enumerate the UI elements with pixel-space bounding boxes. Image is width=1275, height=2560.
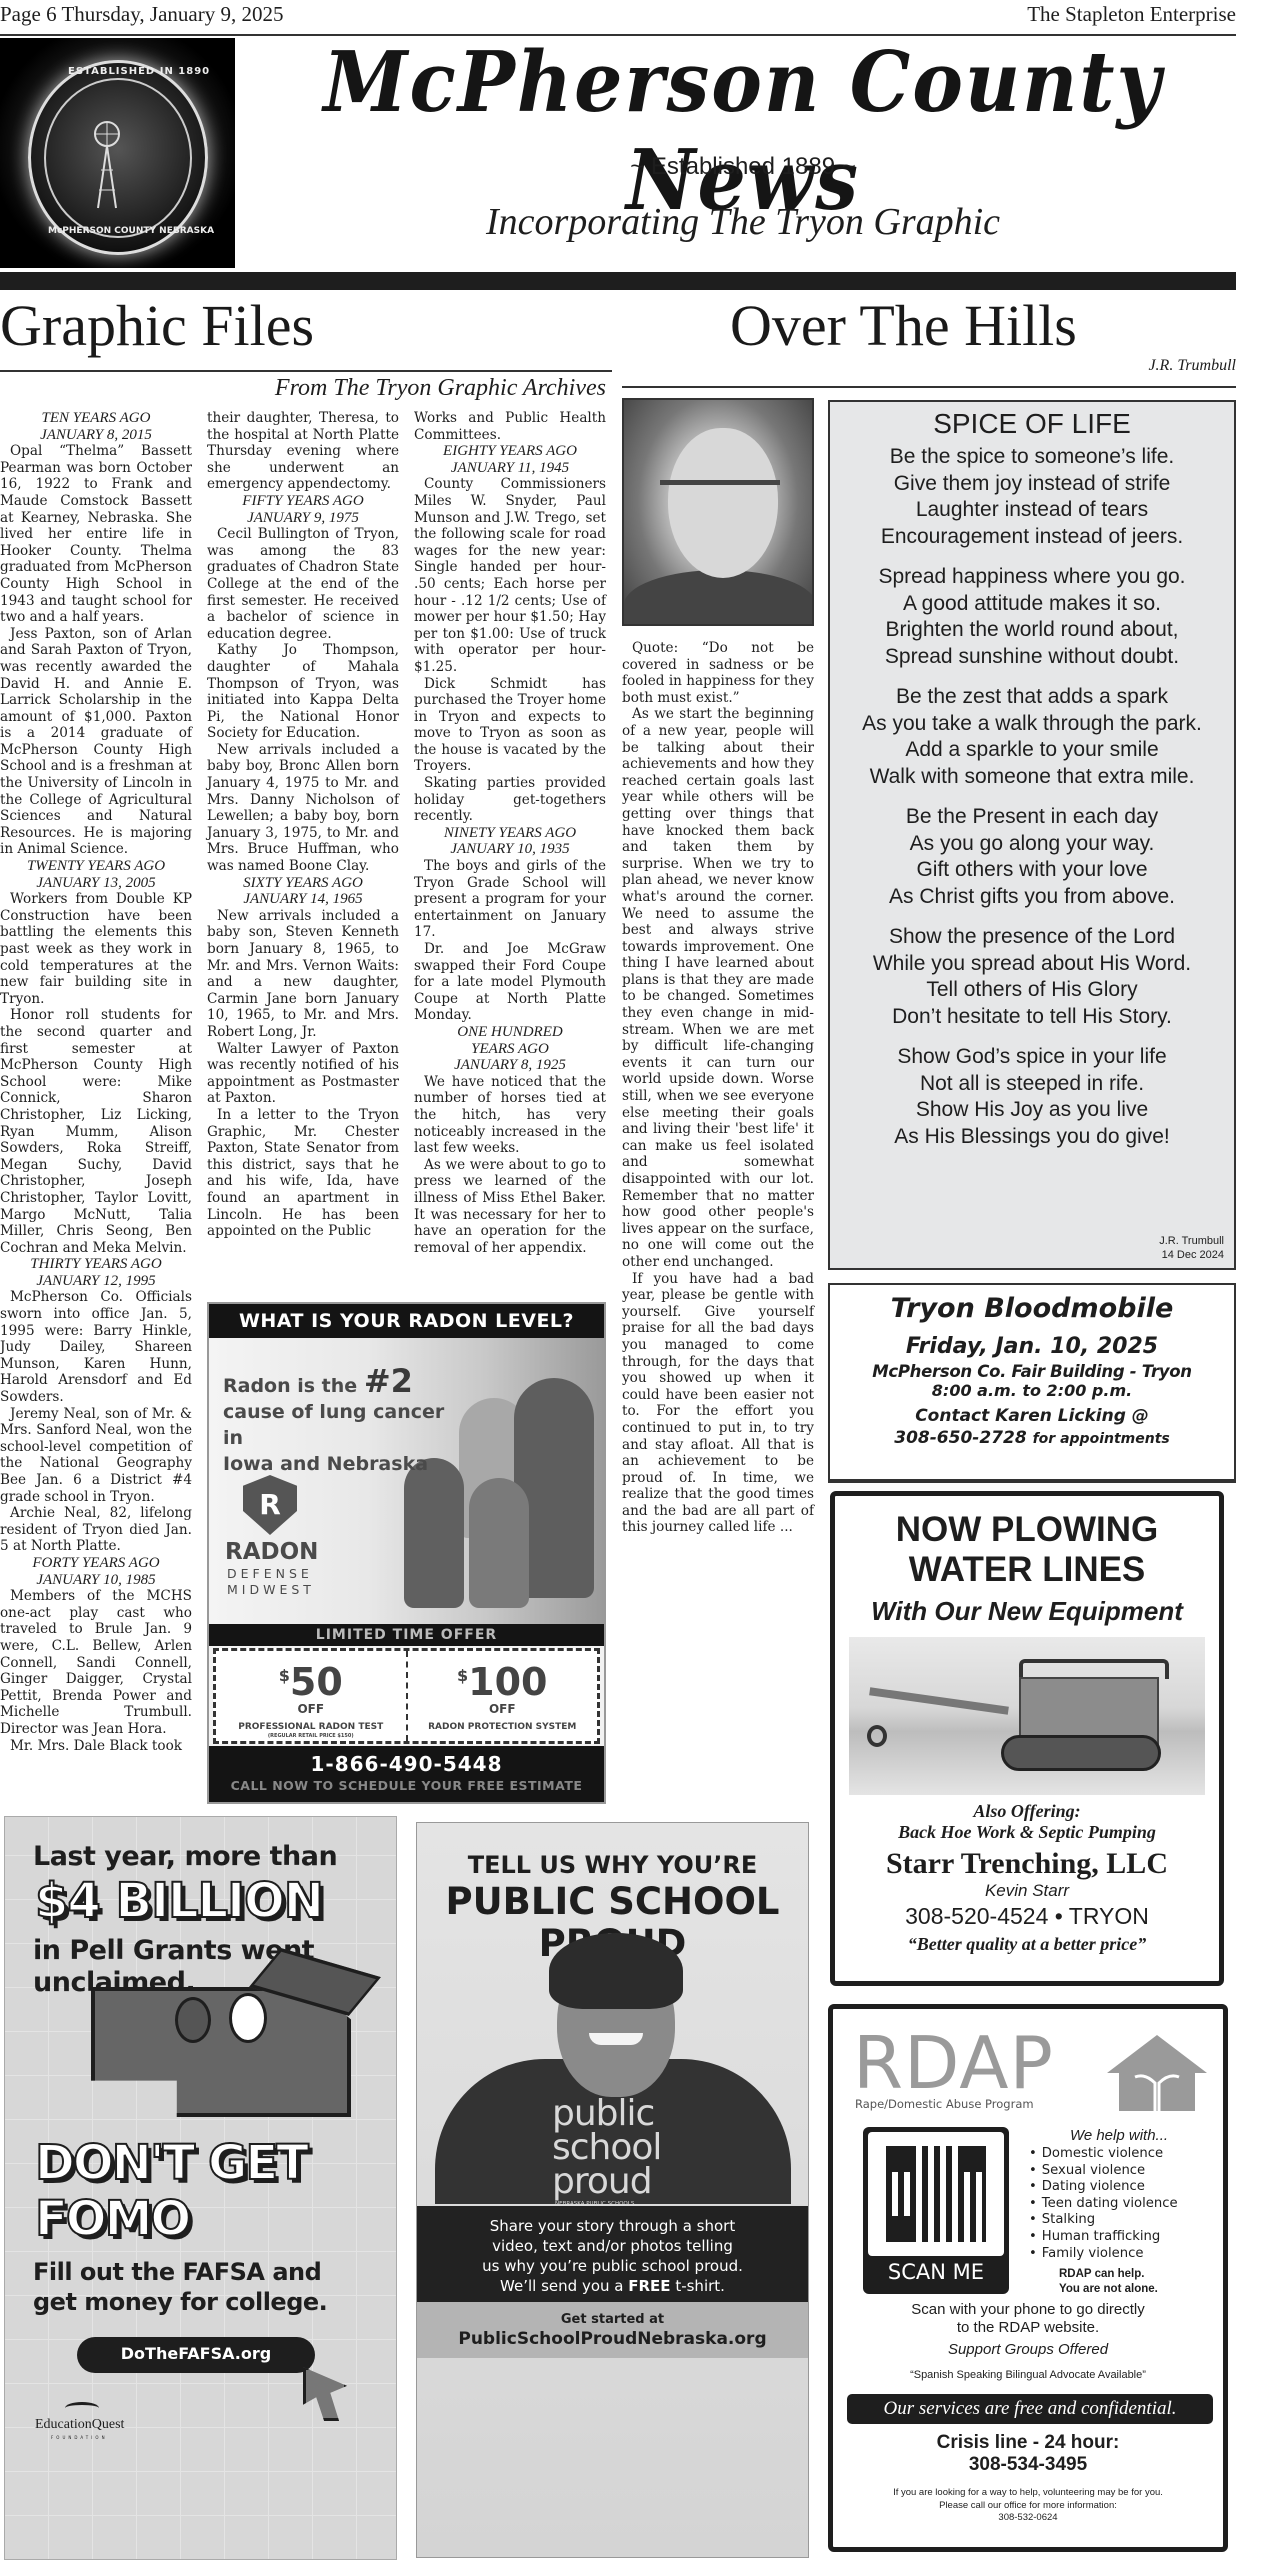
poem-line: Tell others of His Glory (830, 977, 1234, 1004)
poem-stanza: Spread happiness where you go.A good att… (830, 564, 1234, 670)
coupon-radon-test[interactable]: $50 OFF PROFESSIONAL RADON TEST (REGULAR… (216, 1651, 408, 1741)
over-the-hills-rule (622, 386, 1236, 388)
archive-paragraph: Walter Lawyer of Paxton was recently not… (207, 1041, 399, 1107)
rdap-spanish: “Spanish Speaking Bilingual Advocate Ava… (833, 2369, 1223, 2381)
bloodmobile-notice: Tryon Bloodmobile Friday, Jan. 10, 2025 … (828, 1283, 1236, 1481)
poem-stanza: Show God’s spice in your lifeNot all is … (830, 1044, 1234, 1150)
archive-heading: TWENTY YEARS AGO (0, 858, 192, 875)
county-seal-logo: ESTABLISHED IN 1890 McPHERSON COUNTY NEB… (0, 38, 235, 268)
archive-heading: FORTY YEARS AGO (0, 1555, 192, 1572)
poem-stanza: Be the zest that adds a sparkAs you take… (830, 684, 1234, 790)
help-item: Stalking (1029, 2212, 1229, 2229)
eye-icon (175, 1997, 211, 2043)
radon-phone[interactable]: 1-866-490-5448 (209, 1752, 604, 1776)
rdap-scan-instructions: Scan with your phone to go directly to t… (833, 2301, 1223, 2337)
radon-cta: CALL NOW TO SCHEDULE YOUR FREE ESTIMATE (209, 1778, 604, 1793)
poem-stanza: Show the presence of the LordWhile you s… (830, 924, 1234, 1030)
archive-heading: FIFTY YEARS AGO (207, 493, 399, 510)
qr-code-box[interactable]: SCAN ME (863, 2127, 1009, 2294)
poem-line: Gift others with your love (830, 857, 1234, 884)
fafsa-amount: $4 BILLION (35, 1873, 323, 1929)
archive-paragraph: County Commissioners Miles W. Snyder, Pa… (414, 476, 606, 675)
archive-paragraph: New arrivals included a baby son, Steven… (207, 908, 399, 1041)
bulldozer-photo (849, 1637, 1205, 1795)
archive-heading: EIGHTY YEARS AGO (414, 443, 606, 460)
rdap-support-groups: Support Groups Offered (833, 2341, 1223, 2358)
seal-bottom-text: McPHERSON COUNTY NEBRASKA (48, 226, 214, 236)
help-item: Human trafficking (1029, 2229, 1229, 2246)
graphic-files-title: Graphic Files (0, 292, 314, 359)
poem-line: As His Blessings you do give! (830, 1124, 1234, 1151)
over-the-hills-title: Over The Hills (730, 292, 1077, 359)
psp-shirt-logo: public school proud (552, 2097, 661, 2199)
poem-stanzas: Be the spice to someone’s life.Give them… (830, 444, 1234, 1150)
poem-line: Spread happiness where you go. (830, 564, 1234, 591)
poem-line: Don’t hesitate to tell His Story. (830, 1004, 1234, 1031)
archive-paragraph: Jess Paxton, son of Arlan and Sarah Paxt… (0, 626, 192, 858)
archive-paragraph: Workers from Double KP Construction have… (0, 891, 192, 1007)
archive-paragraph: Archie Neal, 82, lifelong resident of Tr… (0, 1505, 192, 1555)
masthead-bar (0, 272, 1236, 290)
archive-paragraph: Dick Schmidt has purchased the Troyer ho… (414, 676, 606, 776)
archive-paragraph: Kathy Jo Thompson, daughter of Mahala Th… (207, 642, 399, 742)
archive-heading: JANUARY 10, 1985 (0, 1572, 192, 1589)
starr-trenching-ad: NOW PLOWING WATER LINES With Our New Equ… (830, 1491, 1224, 1986)
page-folio: Page 6 Thursday, January 9, 2025 The Sta… (0, 0, 1236, 30)
bloodmobile-phone[interactable]: 308-650-2728 (894, 1428, 1026, 1448)
photo-figure (469, 1478, 529, 1608)
coupon-protection-system[interactable]: $100 OFF RADON PROTECTION SYSTEM (408, 1651, 598, 1741)
cursor-arrow-icon (303, 2367, 347, 2421)
poem-line: As you take a walk through the park. (830, 711, 1234, 738)
house-tree-icon (1105, 2033, 1209, 2113)
rdap-free-banner: Our services are free and confidential. (847, 2394, 1213, 2424)
oth-paragraph: If you have had a bad year, please be ge… (622, 1271, 814, 1537)
graphic-files-subtitle: From The Tryon Graphic Archives (0, 375, 606, 402)
radon-brand: RADON (225, 1540, 318, 1564)
poem-line: As Christ gifts you from above. (830, 884, 1234, 911)
archive-paragraph: Cecil Bullington of Tryon, was among the… (207, 526, 399, 642)
qr-code-icon (886, 2146, 986, 2242)
bloodmobile-phone-line: 308-650-2728 for appointments (830, 1428, 1234, 1448)
psp-body: Share your story through a short video, … (417, 2206, 808, 2302)
starr-subhead: With Our New Equipment (835, 1596, 1219, 1627)
poem-line: While you spread about His Word. (830, 951, 1234, 978)
oth-paragraph: Quote: “Do not be covered in sadness or … (622, 640, 814, 706)
smile-shape (589, 2033, 643, 2045)
rdap-logo-subtitle: Rape/Domestic Abuse Program (855, 2097, 1034, 2111)
fafsa-fomo: DON'T GET FOMO (35, 2135, 307, 2247)
coupons: $50 OFF PROFESSIONAL RADON TEST (REGULAR… (213, 1648, 600, 1744)
masthead-incorporating: Incorporating The Tryon Graphic (250, 200, 1236, 244)
archive-heading: JANUARY 9, 1975 (207, 510, 399, 527)
archive-heading: JANUARY 12, 1995 (0, 1273, 192, 1290)
poem-signature: J.R. Trumbull 14 Dec 2024 (1159, 1234, 1224, 1262)
archive-heading: YEARS AGO (414, 1041, 606, 1058)
archive-paragraph: Jeremy Neal, son of Mr. & Mrs. Sanford N… (0, 1406, 192, 1506)
archive-heading: JANUARY 8, 2015 (0, 427, 192, 444)
over-the-hills-byline: J.R. Trumbull (900, 357, 1236, 375)
archive-paragraph: New arrivals included a baby boy, Bronc … (207, 742, 399, 875)
poem-line: Spread sunshine without doubt. (830, 644, 1234, 671)
oth-paragraph: As we start the beginning of a new year,… (622, 706, 814, 1270)
photo-shirt (624, 570, 814, 626)
help-item: Sexual violence (1029, 2163, 1229, 2180)
radon-advertisement: WHAT IS YOUR RADON LEVEL? Radon is the #… (207, 1302, 606, 1804)
archive-paragraph: Members of the MCHS one-act play cast wh… (0, 1588, 192, 1737)
bloodmobile-date: Friday, Jan. 10, 2025 (830, 1334, 1234, 1359)
archive-paragraph: In a letter to the Tryon Graphic, Mr. Ch… (207, 1107, 399, 1240)
archive-heading: JANUARY 11, 1945 (414, 460, 606, 477)
archive-paragraph: As we were about to go to press we learn… (414, 1157, 606, 1257)
archive-paragraph: Dr. and Joe McGraw swapped their Ford Co… (414, 941, 606, 1024)
radon-brand-sub: DEFENSE MIDWEST (227, 1566, 315, 1598)
help-items: Domestic violenceSexual violenceDating v… (1029, 2146, 1229, 2262)
poem-line: Add a sparkle to your smile (830, 737, 1234, 764)
help-item: Teen dating violence (1029, 2196, 1229, 2213)
help-item: Dating violence (1029, 2179, 1229, 2196)
starr-phone[interactable]: 308-520-4524 • TRYON (835, 1903, 1219, 1930)
archive-heading: NINETY YEARS AGO (414, 825, 606, 842)
archive-paragraph: McPherson Co. Officials sworn into offic… (0, 1289, 192, 1405)
archive-heading: JANUARY 10, 1935 (414, 841, 606, 858)
cab-shape (1019, 1659, 1169, 1679)
rdap-crisis-phone[interactable]: 308-534-3495 (833, 2454, 1223, 2476)
archive-paragraph: Works and Public Health Committees. (414, 410, 606, 443)
poem-line: A good attitude makes it so. (830, 591, 1234, 618)
rdap-crisis-line: Crisis line - 24 hour: 308-534-3495 (833, 2432, 1223, 2476)
archive-heading: SIXTY YEARS AGO (207, 875, 399, 892)
rdap-volunteer: If you are looking for a way to help, vo… (833, 2487, 1223, 2525)
open-book-icon (65, 2402, 99, 2414)
eye-icon (229, 1993, 267, 2043)
radon-header: WHAT IS YOUR RADON LEVEL? (209, 1304, 604, 1338)
bloodmobile-title: Tryon Bloodmobile (830, 1293, 1234, 1324)
poem-line: Show His Joy as you live (830, 1097, 1234, 1124)
help-item: Family violence (1029, 2246, 1229, 2263)
starr-company: Starr Trenching, LLC (835, 1847, 1219, 1881)
poem-line: Show the presence of the Lord (830, 924, 1234, 951)
poem-line: Give them joy instead of strife (830, 471, 1234, 498)
archive-paragraph: their daughter, Theresa, to the hospital… (207, 410, 399, 493)
fafsa-ad: Last year, more than $4 BILLION in Pell … (4, 1816, 397, 2560)
fafsa-url[interactable]: DoTheFAFSA.org (77, 2337, 315, 2373)
archive-heading: JANUARY 8, 1925 (414, 1057, 606, 1074)
poem-stanza: Be the spice to someone’s life.Give them… (830, 444, 1234, 550)
archive-paragraph: We have noticed that the number of horse… (414, 1074, 606, 1157)
rdap-help-list: We help with... Domestic violenceSexual … (1029, 2127, 1229, 2297)
over-the-hills-column: Quote: “Do not be covered in sadness or … (622, 640, 814, 1536)
archive-paragraph: The boys and girls of the Tryon Grade Sc… (414, 858, 606, 941)
bloodmobile-time: 8:00 a.m. to 2:00 p.m. (830, 1381, 1234, 1400)
rdap-office-phone[interactable]: 308-532-0624 (833, 2512, 1223, 2525)
limited-time-offer: LIMITED TIME OFFER (209, 1624, 604, 1646)
separator-rule (828, 1481, 1236, 1483)
nebraska-state-icon (91, 1987, 351, 2117)
poem-box: SPICE OF LIFE Be the spice to someone’s … (828, 400, 1236, 1270)
graphic-files-column-1: TEN YEARS AGOJANUARY 8, 2015Opal “Thelma… (0, 410, 192, 1754)
track-shape (1001, 1735, 1161, 1771)
poem-stanza: Be the Present in each dayAs you go alon… (830, 804, 1234, 910)
poem-line: As you go along your way. (830, 831, 1234, 858)
shield-logo-icon: R (243, 1475, 297, 1535)
radon-headline: Radon is the #2 cause of lung cancer in … (223, 1368, 463, 1477)
psp-cta: Get started at PublicSchoolProudNebraska… (417, 2302, 808, 2358)
graphic-files-column-3: Works and Public Health Committees.EIGHT… (414, 410, 606, 1256)
glasses-icon (660, 480, 780, 510)
archive-paragraph: Honor roll students for the second quart… (0, 1007, 192, 1256)
starr-also-offering: Also Offering: Back Hoe Work & Septic Pu… (835, 1801, 1219, 1843)
windmill-icon (92, 120, 122, 210)
poem-line: Be the zest that adds a spark (830, 684, 1234, 711)
bloodmobile-contact: Contact Karen Licking @ (830, 1406, 1234, 1426)
paper-name: The Stapleton Enterprise (1027, 2, 1236, 27)
archive-paragraph: Skating parties provided holiday get-tog… (414, 775, 606, 825)
starr-motto: “Better quality at a better price” (835, 1934, 1219, 1955)
poem-line: Laughter instead of tears (830, 497, 1234, 524)
page-number-date: Page 6 Thursday, January 9, 2025 (0, 2, 283, 27)
archive-heading: JANUARY 13, 2005 (0, 875, 192, 892)
radon-contact: 1-866-490-5448 CALL NOW TO SCHEDULE YOUR… (209, 1746, 604, 1804)
poem-line: Encouragement instead of jeers. (830, 524, 1234, 551)
scan-me-label: SCAN ME (863, 2260, 1009, 2284)
public-school-proud-ad: TELL US WHY YOU’RE PUBLIC SCHOOL PROUD p… (416, 1822, 809, 2558)
author-photo (622, 398, 814, 626)
plow-shape (869, 1687, 1009, 1714)
poem-line: Be the Present in each day (830, 804, 1234, 831)
archive-heading: JANUARY 14, 1965 (207, 891, 399, 908)
rdap-logo: RDAP (853, 2027, 1054, 2099)
help-item: Domestic violence (1029, 2146, 1229, 2163)
family-photo: Radon is the #2 cause of lung cancer in … (209, 1338, 604, 1624)
rdap-ad: RDAP Rape/Domestic Abuse Program SCAN ME… (828, 2004, 1228, 2552)
starr-headline: NOW PLOWING WATER LINES (835, 1510, 1219, 1590)
educationquest-logo: EducationQuest (35, 2417, 124, 2433)
poem-line: Walk with someone that extra mile. (830, 764, 1234, 791)
seal-top-text: ESTABLISHED IN 1890 (68, 66, 210, 77)
poem-line: Be the spice to someone’s life. (830, 444, 1234, 471)
photo-figure (404, 1458, 464, 1608)
graphic-files-column-2: their daughter, Theresa, to the hospital… (207, 410, 399, 1240)
psp-url[interactable]: PublicSchoolProudNebraska.org (417, 2329, 808, 2349)
poem-line: Not all is steeped in rife. (830, 1071, 1234, 1098)
poem-line: Show God’s spice in your life (830, 1044, 1234, 1071)
qr-code[interactable] (868, 2132, 1004, 2256)
archive-paragraph: Mr. Mrs. Dale Black took (0, 1738, 192, 1755)
archive-heading: THIRTY YEARS AGO (0, 1256, 192, 1273)
masthead-established: ~ Established 1889 ~ (250, 153, 1236, 181)
wheel-shape (867, 1725, 887, 1747)
starr-owner: Kevin Starr (835, 1881, 1219, 1901)
archive-heading: TEN YEARS AGO (0, 410, 192, 427)
archive-heading: ONE HUNDRED (414, 1024, 606, 1041)
bloodmobile-location: McPherson Co. Fair Building - Tryon (830, 1362, 1234, 1381)
hair-shape (549, 1933, 683, 2009)
graphic-files-rule (0, 370, 612, 372)
poem-title: SPICE OF LIFE (830, 408, 1234, 440)
archive-paragraph: Opal “Thelma” Bassett Pearman was born O… (0, 443, 192, 626)
poem-line: Brighten the world round about, (830, 617, 1234, 644)
